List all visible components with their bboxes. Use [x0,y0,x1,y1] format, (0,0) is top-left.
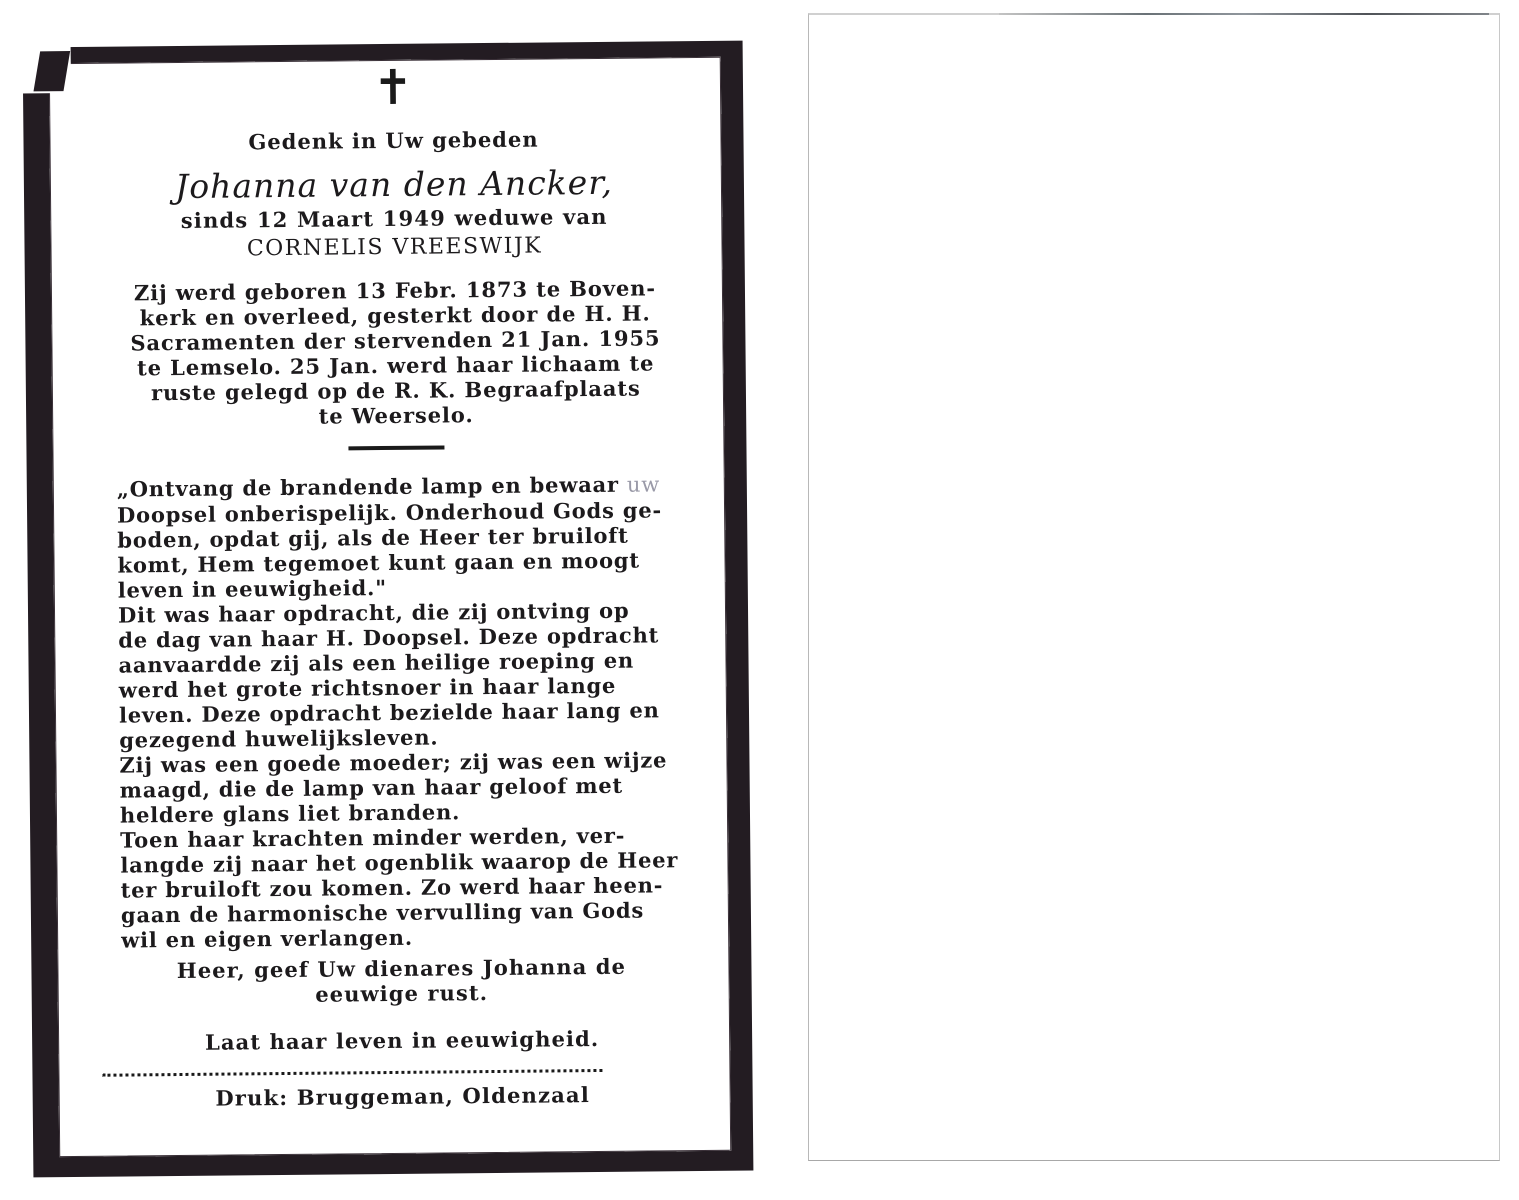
memorial-card-front: ✝ Gedenk in Uw gebeden Johanna van den A… [23,41,754,1178]
verse-text: „Ontvang de brandende lamp en bewaar uw … [117,471,682,952]
dotted-separator [102,1069,602,1077]
prayer: Heer, geef Uw dienares Johanna de eeuwig… [121,953,681,1008]
bio-line: ruste gelegd op de R. K. Begraafplaats [116,375,676,405]
card-content: ✝ Gedenk in Uw gebeden Johanna van den A… [113,61,683,1156]
torn-corner [19,41,71,93]
divider-rule [348,445,444,450]
paragraph-line: gaan de harmonische vervulling van Gods [121,898,644,928]
memorial-card-back [808,13,1500,1161]
paragraph-mother: Zij was een goede moeder; zij was een wi… [119,747,680,827]
cross-icon: ✝ [113,61,673,114]
biography: Zij werd geboren 13 Febr. 1873 te Boven-… [115,275,676,430]
paragraph-passing: Toen haar krachten minder werden, ver- l… [120,822,681,952]
widow-line: sinds 12 Maart 1949 weduwe van [114,203,674,233]
closing-line: Laat haar leven in eeuwigheid. [122,1025,682,1055]
paragraph-line: gezegend huwelijksleven. [119,725,438,753]
quote-faded-word: uw [627,472,660,496]
paragraph-line: leven. Deze opdracht bezielde haar lang … [119,697,660,727]
quote: „Ontvang de brandende lamp en bewaar uw … [117,471,678,602]
torn-corner-ink [33,51,70,91]
deceased-name: Johanna van den Ancker, [114,162,674,206]
paragraph-line: heldere glans liet branden. [120,799,460,827]
paragraph-line: maagd, die de lamp van haar geloof met [120,773,623,803]
quote-line: komt, Hem tegemoet kunt gaan en moogt [117,548,639,578]
husband-name: CORNELIS VREESWIJK [114,232,674,262]
quote-line: leven in eeuwigheid." [118,575,387,603]
heading: Gedenk in Uw gebeden [113,125,673,155]
printer-credit: Druk: Bruggeman, Oldenzaal [123,1081,683,1111]
quote-line: „Ontvang de brandende lamp en bewaar [117,472,619,502]
back-card-top-edge [999,13,1489,15]
paragraph-mission: Dit was haar opdracht, die zij ontving o… [118,597,679,752]
paragraph-line: wil en eigen verlangen. [121,925,413,953]
